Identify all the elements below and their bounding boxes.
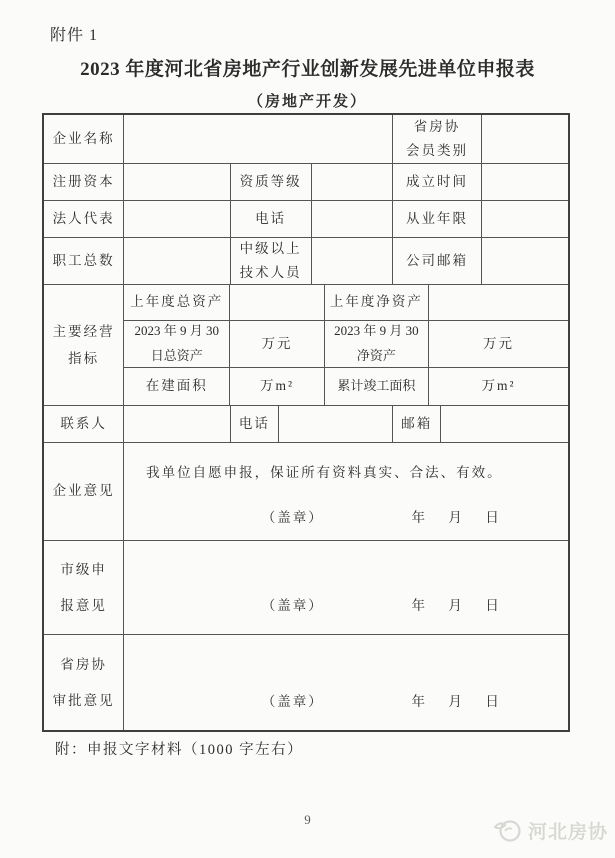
association-member-type-value [482, 115, 568, 163]
total-staff-label: 职工总数 [44, 238, 124, 284]
province-association-opinion-label: 省房协 审批意见 [44, 635, 124, 730]
establish-date-value [482, 164, 568, 200]
document-subtitle: （房地产开发） [0, 90, 615, 111]
construction-area-label: 在建面积 [124, 368, 230, 405]
row-main-indicators: 主要经营 指标 上年度总资产 上年度净资产 2023 年 9 月 30 日总资产… [44, 285, 568, 406]
subrow-current-assets: 2023 年 9 月 30 日总资产 万元 2023 年 9 月 30 净资产 … [124, 321, 568, 368]
seal-placeholder: （盖章） [262, 510, 324, 525]
company-email-value [482, 238, 568, 284]
contact-phone-value [279, 406, 393, 442]
qualification-level-value [312, 164, 393, 200]
prev-year-total-assets-label: 上年度总资产 [124, 285, 230, 320]
row-company-name: 企业名称 省房协 会员类别 [44, 115, 568, 164]
phone-value [312, 201, 393, 237]
subrow-construction-area: 在建面积 万m² 累计竣工面积 万m² [124, 368, 568, 405]
net-assets-20230930-label: 2023 年 9 月 30 净资产 [325, 321, 429, 367]
company-name-value [124, 115, 393, 163]
company-opinion-label: 企业意见 [44, 443, 124, 540]
construction-area-unit: 万m² [230, 368, 325, 405]
company-email-label: 公司邮箱 [393, 238, 482, 284]
row-company-opinion: 企业意见 我单位自愿申报，保证所有资料真实、合法、有效。 （盖章） 年 月 日 [44, 443, 568, 541]
city-opinion-content: （盖章） 年 月 日 [124, 541, 568, 634]
province-association-opinion-content: （盖章） 年 月 日 [124, 635, 568, 730]
industry-years-value [482, 201, 568, 237]
mid-level-technicians-value [312, 238, 393, 284]
hebei-association-logo-icon [492, 818, 522, 844]
declaration-statement: 我单位自愿申报，保证所有资料真实、合法、有效。 [124, 443, 568, 481]
total-assets-20230930-label: 2023 年 9 月 30 日总资产 [124, 321, 230, 367]
association-member-type-label: 省房协 会员类别 [393, 115, 482, 163]
row-registered-capital: 注册资本 资质等级 成立时间 [44, 164, 568, 201]
seal-placeholder: （盖章） [262, 598, 324, 613]
contact-person-value [124, 406, 230, 442]
contact-person-label: 联系人 [44, 406, 124, 442]
completed-area-unit: 万m² [429, 368, 568, 405]
city-opinion-stamp-line: （盖章） 年 月 日 [124, 594, 568, 614]
prev-year-total-assets-value [230, 285, 325, 320]
prev-year-net-assets-label: 上年度净资产 [325, 285, 429, 320]
qualification-level-label: 资质等级 [231, 164, 312, 200]
prev-year-net-assets-value [429, 285, 568, 320]
total-assets-unit: 万元 [230, 321, 325, 367]
registered-capital-value [124, 164, 230, 200]
seal-placeholder: （盖章） [262, 694, 324, 709]
scanned-document-page: { "page": { "attachment": "附件 1", "title… [0, 0, 615, 858]
company-opinion-stamp-line: （盖章） 年 月 日 [124, 506, 568, 526]
industry-years-label: 从业年限 [393, 201, 482, 237]
phone-label: 电话 [231, 201, 312, 237]
contact-email-label: 邮箱 [393, 406, 441, 442]
contact-phone-label: 电话 [231, 406, 280, 442]
row-total-staff: 职工总数 中级以上 技术人员 公司邮箱 [44, 238, 568, 285]
main-indicators-subtable: 上年度总资产 上年度净资产 2023 年 9 月 30 日总资产 万元 2023… [124, 285, 568, 405]
company-name-label: 企业名称 [44, 115, 124, 163]
contact-email-value [441, 406, 568, 442]
legal-representative-value [124, 201, 230, 237]
row-province-association-opinion: 省房协 审批意见 （盖章） 年 月 日 [44, 635, 568, 730]
date-placeholder: 年 月 日 [411, 598, 504, 613]
date-placeholder: 年 月 日 [411, 510, 504, 525]
main-indicators-label: 主要经营 指标 [44, 285, 124, 405]
registered-capital-label: 注册资本 [44, 164, 124, 200]
document-title: 2023 年度河北省房地产行业创新发展先进单位申报表 [0, 54, 615, 81]
application-form-table: 企业名称 省房协 会员类别 注册资本 资质等级 成立时间 法人代表 电话 从业年… [42, 113, 570, 732]
establish-date-label: 成立时间 [393, 164, 482, 200]
net-assets-unit: 万元 [429, 321, 568, 367]
row-contact-person: 联系人 电话 邮箱 [44, 406, 568, 443]
province-opinion-stamp-line: （盖章） 年 月 日 [124, 690, 568, 710]
company-opinion-content: 我单位自愿申报，保证所有资料真实、合法、有效。 （盖章） 年 月 日 [124, 443, 568, 540]
attachment-label: 附件 1 [50, 22, 98, 45]
completed-area-label: 累计竣工面积 [325, 368, 429, 405]
total-staff-value [124, 238, 230, 284]
watermark: 河北房协 [492, 817, 608, 844]
footer-note: 附：申报文字材料（1000 字左右） [55, 738, 303, 759]
row-legal-representative: 法人代表 电话 从业年限 [44, 201, 568, 238]
date-placeholder: 年 月 日 [411, 694, 504, 709]
watermark-text: 河北房协 [528, 817, 608, 844]
row-city-opinion: 市级申 报意见 （盖章） 年 月 日 [44, 541, 568, 635]
legal-representative-label: 法人代表 [44, 201, 124, 237]
subrow-prev-year-assets: 上年度总资产 上年度净资产 [124, 285, 568, 321]
mid-level-technicians-label: 中级以上 技术人员 [231, 238, 312, 284]
city-opinion-label: 市级申 报意见 [44, 541, 124, 634]
